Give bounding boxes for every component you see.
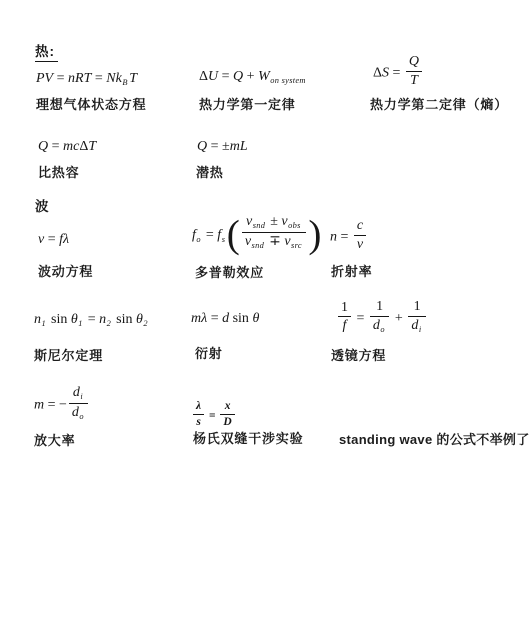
formula-second-law: ΔS = QT [373,56,424,90]
formula-lens: 1f = 1do + 1di [336,301,428,336]
label-young-double-slit: 杨氏双缝干涉实验 [193,428,303,447]
label-refraction: 折射率 [331,261,372,280]
label-diffraction: 衍射 [195,343,223,362]
label-second-law: 热力学第二定律（熵） [370,94,508,113]
formula-wave-equation: v = fλ [38,231,69,249]
formula-refraction: n = cv [330,220,368,254]
label-standing-wave-note: standing wave 的公式不举例了 [339,429,530,448]
label-latent-heat: 潜热 [196,162,224,181]
formula-doppler: fo = fs(vsnd ± vobsvsnd ∓ vsrc) [192,217,321,254]
formula-snell: n1 sin θ1 = n2 sin θ2 [34,311,149,330]
label-doppler: 多普勒效应 [195,262,264,281]
section-title-heat: 热: [35,40,58,62]
formula-magnification: m = −dido [34,387,90,424]
document-page: 热: PV = nRT = NkBT ΔU = Q + Won system Δ… [0,0,532,623]
label-first-law: 热力学第一定律 [199,94,296,113]
label-ideal-gas: 理想气体状态方程 [36,94,146,113]
label-specific-heat: 比热容 [38,162,79,181]
label-magnification: 放大率 [34,430,75,449]
label-wave-equation: 波动方程 [38,261,93,280]
formula-specific-heat: Q = mcΔT [38,138,96,156]
formula-latent-heat: Q = ±mL [197,138,248,156]
label-lens: 透镜方程 [331,345,386,364]
formula-diffraction: mλ = d sin θ [191,310,259,328]
label-snell: 斯尼尔定理 [34,345,103,364]
formula-ideal-gas: PV = nRT = NkBT [36,70,137,89]
formula-young-double-slit: λs = xD [191,402,237,431]
section-title-wave: 波 [35,195,50,215]
formula-first-law: ΔU = Q + Won system [199,68,307,87]
